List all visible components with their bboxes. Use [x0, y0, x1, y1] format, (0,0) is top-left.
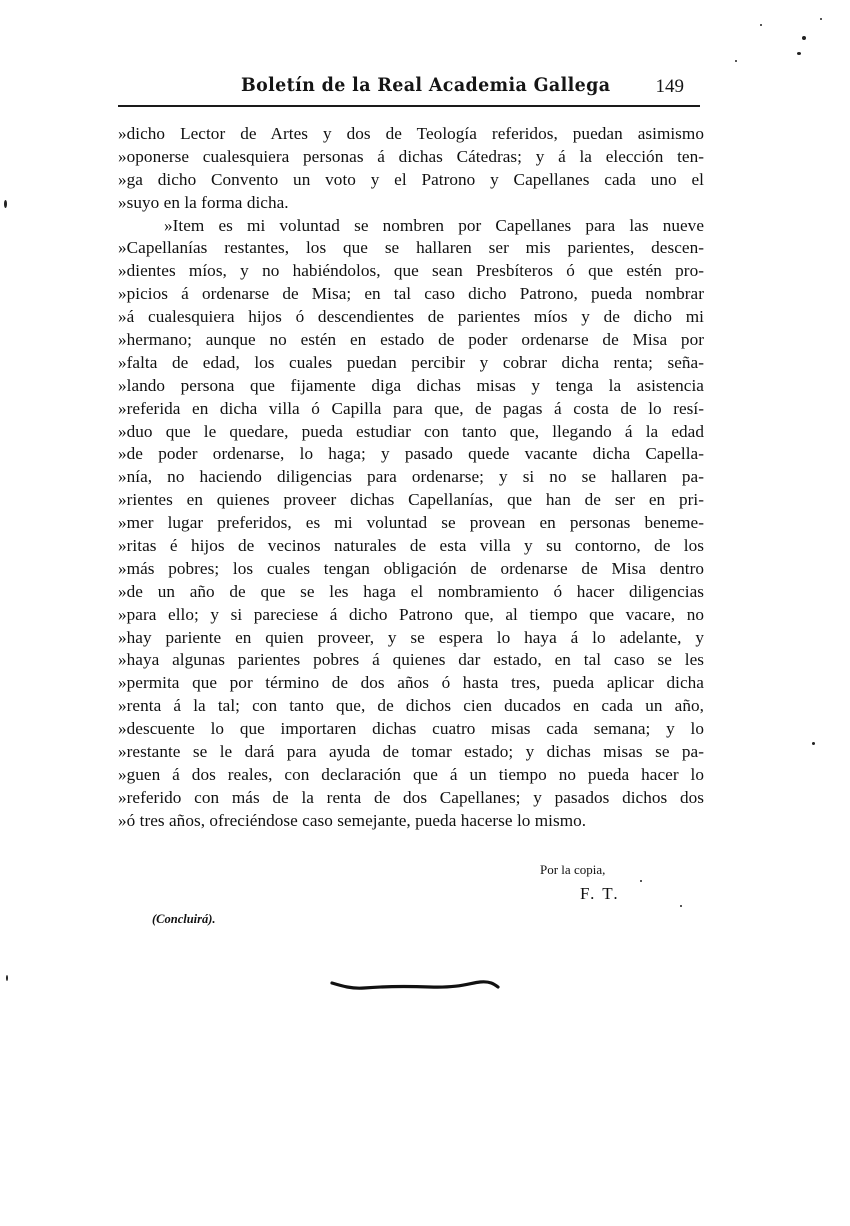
scan-speck — [812, 742, 815, 745]
copy-note: Por la copia, — [540, 862, 680, 878]
paragraph-start-line: »Item es mi voluntad se nombren por Cape… — [118, 215, 704, 238]
text-line: »á cualesquiera hijos ó descendientes de… — [118, 306, 704, 329]
text-line: »referida en dicha villa ó Capilla para … — [118, 398, 704, 421]
text-line: »dientes míos, y no habiéndolos, que sea… — [118, 260, 704, 283]
journal-title: Boletín de la Real Academia Gallega — [241, 74, 610, 96]
scan-speck — [820, 18, 822, 20]
text-line: »para ello; y si pareciese á dicho Patro… — [118, 604, 704, 627]
continuation-note: (Concluirá). — [152, 912, 216, 927]
scan-speck — [802, 36, 806, 40]
text-line: »lando persona que fijamente diga dichas… — [118, 375, 704, 398]
text-line: »ritas é hijos de vecinos naturales de e… — [118, 535, 704, 558]
text-line: »mer lugar preferidos, es mi voluntad se… — [118, 512, 704, 535]
text-line: »haya algunas parientes pobres á quienes… — [118, 649, 704, 672]
signature-initials: F. T. — [580, 884, 680, 904]
text-line: »permita que por término de dos años ó h… — [118, 672, 704, 695]
text-line: »Capellanías restantes, los que se halla… — [118, 237, 704, 260]
scan-speck — [4, 200, 7, 208]
text-line: »referido con más de la renta de dos Cap… — [118, 787, 704, 810]
scan-speck — [760, 24, 762, 26]
page-number: 149 — [656, 76, 685, 98]
text-line: »hay pariente en quien proveer, y se esp… — [118, 627, 704, 650]
text-line: »de poder ordenarse, lo haga; y pasado q… — [118, 443, 704, 466]
running-header: Boletín de la Real Academia Gallega 149 — [118, 72, 700, 106]
text-line: »oponerse cualesquiera personas á dichas… — [118, 146, 704, 169]
scan-speck — [680, 905, 682, 907]
text-line: »rientes en quienes proveer dichas Capel… — [118, 489, 704, 512]
document-page: Boletín de la Real Academia Gallega 149 … — [0, 0, 850, 1226]
text-line: »picios á ordenarse de Misa; en tal caso… — [118, 283, 704, 306]
text-line: »renta á la tal; con tanto que, de dicho… — [118, 695, 704, 718]
body-text: »dicho Lector de Artes y dos de Teología… — [118, 123, 704, 833]
text-line: »descuente lo que importaren dichas cuat… — [118, 718, 704, 741]
text-line: »hermano; aunque no estén en estado de p… — [118, 329, 704, 352]
text-line: »guen á dos reales, con declaración que … — [118, 764, 704, 787]
scan-speck — [797, 52, 801, 55]
scan-speck — [6, 975, 8, 981]
text-line: »restante se le dará para ayuda de tomar… — [118, 741, 704, 764]
signature-block: Por la copia, F. T. — [540, 862, 680, 904]
text-line: »de un año de que se les haga el nombram… — [118, 581, 704, 604]
text-line: »suyo en la forma dicha. — [118, 192, 704, 215]
text-line: »nía, no haciendo diligencias para orden… — [118, 466, 704, 489]
scan-speck — [735, 60, 737, 62]
scan-speck — [640, 880, 642, 882]
header-rule — [118, 105, 700, 107]
text-line: »dicho Lector de Artes y dos de Teología… — [118, 123, 704, 146]
text-line: »más pobres; los cuales tengan obligació… — [118, 558, 704, 581]
text-line: »ga dicho Convento un voto y el Patrono … — [118, 169, 704, 192]
text-line: »falta de edad, los cuales puedan percib… — [118, 352, 704, 375]
end-flourish-rule — [330, 978, 500, 992]
text-line: »duo que le quedare, pueda estudiar con … — [118, 421, 704, 444]
text-line: »ó tres años, ofreciéndose caso semejant… — [118, 810, 704, 833]
